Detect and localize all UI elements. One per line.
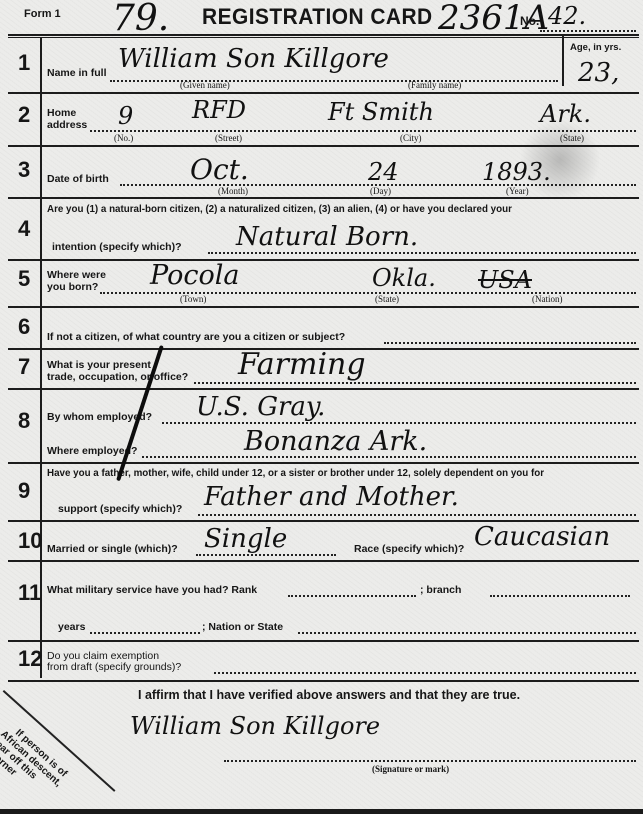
family-name-caption: (Family name) [408,80,461,90]
dob-month-value: Oct. [190,156,249,184]
address-city-value: Ft Smith [328,100,434,124]
field-number-4: 4 [18,216,30,242]
field-number-7: 7 [18,354,30,380]
nation-dotted-line [298,632,636,634]
card-title: REGISTRATION CARD [202,4,433,30]
address-state-value: Ark. [540,102,591,126]
field-number-5: 5 [18,266,30,292]
row-divider [8,560,639,562]
dependents-dotted-line [198,514,636,516]
dependents-value: Father and Mother. [204,484,459,510]
dob-label: Date of birth [47,174,109,185]
birth-nation-value: USA [478,268,532,292]
employment-location-value: Bonanza Ark. [244,428,427,455]
race-value: Caucasian [474,524,610,550]
exemption-label-line2: from draft (specify grounds)? [47,662,181,673]
row-divider [8,306,639,308]
birth-state-caption: (State) [375,294,399,304]
address-no-value: 9 [118,104,133,128]
age-value: 23, [578,60,619,86]
military-service-label: What military service have you had? Rank [47,585,257,596]
name-value: William Son Killgore [118,46,389,72]
row-divider [8,145,639,147]
address-city-caption: (City) [400,133,422,143]
address-street-caption: (Street) [215,133,242,143]
citizenship-value: Natural Born. [236,224,418,250]
citizenship-label: intention (specify which)? [52,242,182,253]
field-number-3: 3 [18,157,30,183]
address-no-caption: (No.) [114,133,133,143]
foreign-citizenship-label: If not a citizen, of what country are yo… [47,332,345,343]
years-label: years [58,622,85,633]
employer-dotted-line [162,422,636,424]
race-label: Race (specify which)? [354,544,464,555]
registration-card: Form 1 79. REGISTRATION CARD 2361A No. 4… [0,0,643,814]
field-number-9: 9 [18,478,30,504]
row-divider [8,259,639,261]
marital-status-value: Single [204,526,287,552]
affirmation-text: I affirm that I have verified above answ… [138,688,520,702]
header-divider [8,34,639,38]
row-divider [8,388,639,390]
address-street-value: RFD [192,98,246,122]
address-dotted-line [90,130,636,132]
dob-year-value: 1893. [482,160,551,184]
row-divider [8,197,639,199]
occupation-value: Farming [238,350,366,380]
form-label: Form 1 [24,8,61,20]
dob-year-caption: (Year) [506,186,529,196]
field-number-12: 12 [18,646,42,672]
row-divider [8,92,639,94]
field-number-10: 10 [18,528,42,554]
dependents-label: support (specify which)? [58,504,182,515]
field-number-6: 6 [18,314,30,340]
field-number-2: 2 [18,102,30,128]
no-dotted-line [540,30,636,32]
dob-month-caption: (Month) [218,186,248,196]
field-number-8: 8 [18,408,30,434]
branch-label: ; branch [420,585,461,596]
registration-number: 42. [548,2,586,30]
rank-dotted-line [288,595,416,597]
field-number-1: 1 [18,50,30,76]
birth-town-value: Pocola [150,262,239,289]
birth-town-caption: (Town) [180,294,206,304]
row-divider [8,680,639,682]
marital-status-label: Married or single (which)? [47,544,178,555]
field-number-11: 11 [18,580,41,606]
citizenship-question: Are you (1) a natural-born citizen, (2) … [47,204,512,215]
birth-nation-caption: (Nation) [532,294,563,304]
dob-day-caption: (Day) [370,186,391,196]
foreign-citizenship-dotted-line [384,342,636,344]
row-divider [8,462,639,464]
birthplace-label-line1: Where were [47,270,106,281]
citizenship-dotted-line [208,252,636,254]
age-label: Age, in yrs. [570,42,621,53]
card-bottom-edge [0,809,643,814]
name-dotted-line [110,80,558,82]
occupation-label-line2: trade, occupation, or office? [47,372,188,383]
branch-dotted-line [490,595,630,597]
given-name-caption: (Given name) [180,80,230,90]
dob-day-value: 24 [368,160,399,184]
signature-caption: (Signature or mark) [372,764,449,774]
home-label-line1: Home [47,108,76,119]
years-dotted-line [90,632,200,634]
nation-or-state-label: ; Nation or State [202,622,283,633]
birth-state-value: Okla. [372,266,436,290]
signature: William Son Killgore [130,712,380,740]
name-label: Name in full [47,68,107,79]
marital-dotted-line [196,554,336,556]
address-state-caption: (State) [560,133,584,143]
age-divider [562,34,564,86]
row-divider [8,640,639,642]
occupation-label-line1: What is your present [47,360,151,371]
home-label-line2: address [47,120,87,131]
signature-line [224,760,636,762]
birthplace-label-line2: you born? [47,282,98,293]
corner-note: If person is of African descent, tear of… [0,718,71,805]
no-label: No. [520,14,539,28]
occupation-dotted-line [194,382,636,384]
exemption-dotted-line [214,672,636,674]
employer-value: U.S. Gray. [196,394,325,420]
